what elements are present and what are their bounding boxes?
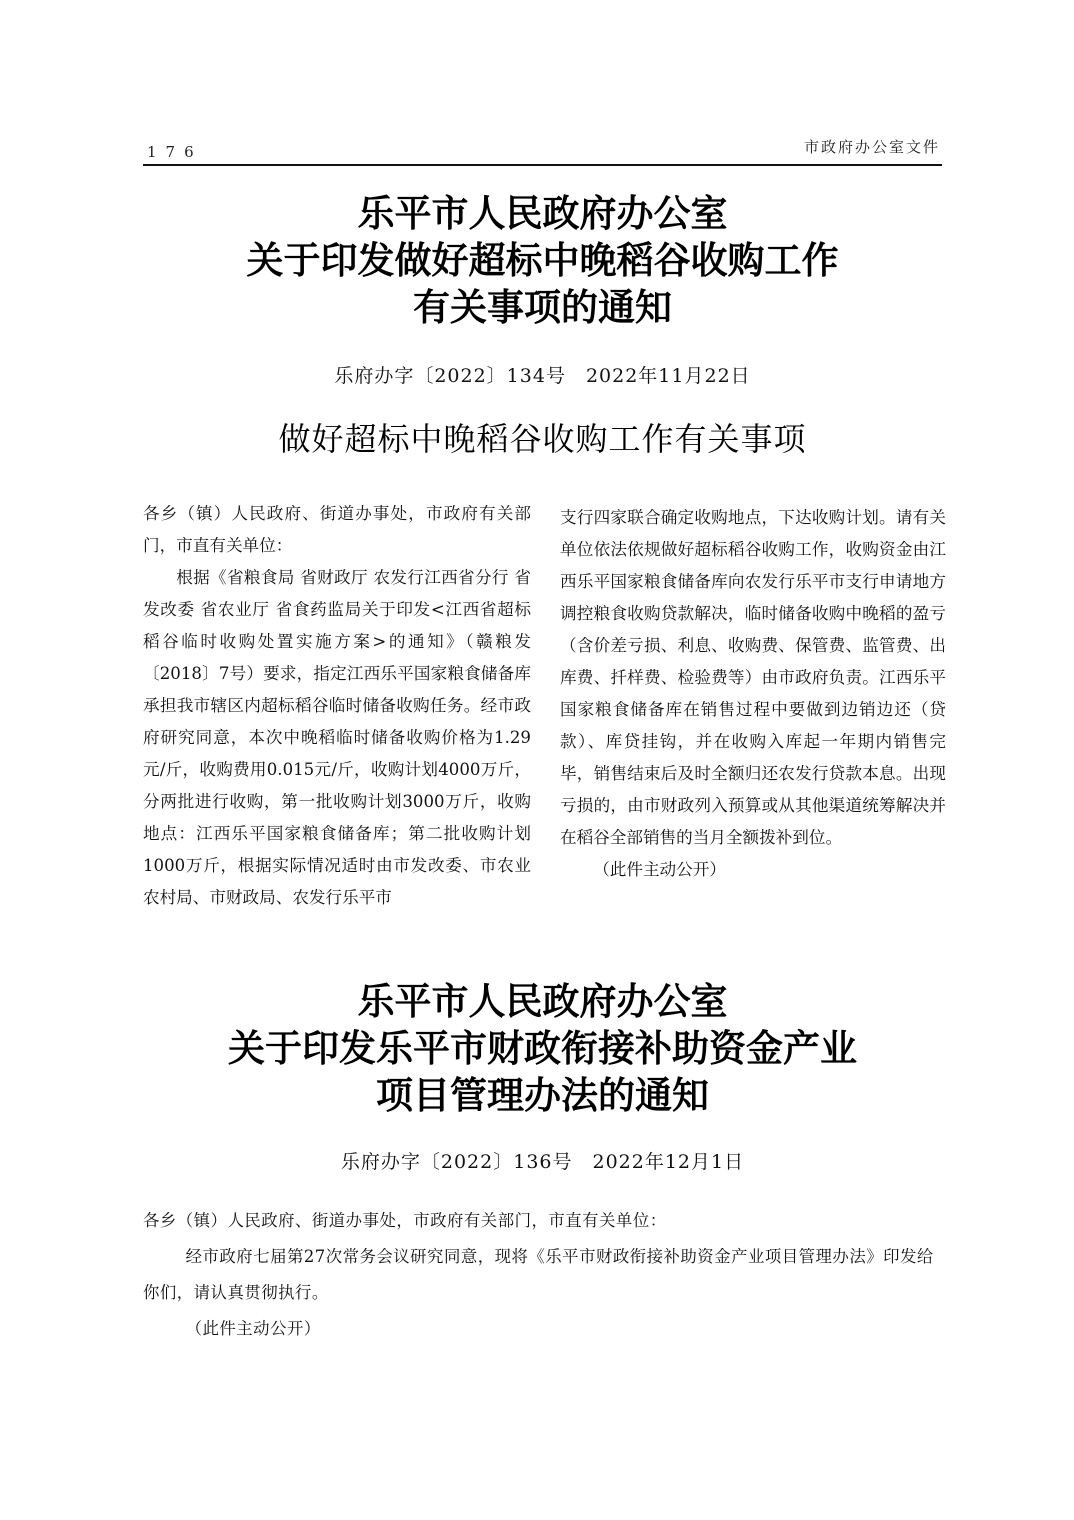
doc1-doc-number: 乐府办字〔2022〕134号 2022年11月22日 — [143, 361, 942, 388]
doc1-body-paragraph: 根据《省粮食局 省财政厅 农发行江西省分行 省发改委 省农业厅 省食药监局关于印… — [143, 562, 531, 914]
doc2-title-line-2: 关于印发乐平市财政衔接补助资金产业 — [143, 1025, 942, 1072]
doc1-title-line-1: 乐平市人民政府办公室 — [143, 190, 942, 237]
doc2-title: 乐平市人民政府办公室 关于印发乐平市财政衔接补助资金产业 项目管理办法的通知 — [143, 978, 942, 1119]
doc1-public-notice: （此件主动公开） — [560, 854, 946, 886]
doc1-title: 乐平市人民政府办公室 关于印发做好超标中晚稻谷收购工作 有关事项的通知 — [143, 190, 942, 331]
doc2-body: 各乡（镇）人民政府、街道办事处，市政府有关部门，市直有关单位： 经市政府七届第2… — [143, 1203, 943, 1347]
doc2-body-paragraph: 经市政府七届第27次常务会议研究同意，现将《乐平市财政衔接补助资金产业项目管理办… — [143, 1239, 943, 1311]
doc1-body-continued: 支行四家联合确定收购地点，下达收购计划。请有关单位依法依规做好超标稻谷收购工作，… — [560, 502, 946, 854]
doc2-salutation: 各乡（镇）人民政府、街道办事处，市政府有关部门，市直有关单位： — [143, 1203, 943, 1239]
doc1-title-line-2: 关于印发做好超标中晚稻谷收购工作 — [143, 237, 942, 284]
doc2-title-line-3: 项目管理办法的通知 — [143, 1072, 942, 1119]
doc1-subtitle: 做好超标中晚稻谷收购工作有关事项 — [143, 414, 942, 460]
doc2-title-line-1: 乐平市人民政府办公室 — [143, 978, 942, 1025]
page-number: 176 — [147, 143, 203, 161]
doc2-public-notice: （此件主动公开） — [143, 1311, 943, 1347]
header-rule — [143, 164, 942, 166]
doc1-left-column: 各乡（镇）人民政府、街道办事处，市政府有关部门，市直有关单位： 根据《省粮食局 … — [143, 498, 531, 914]
doc2-doc-number: 乐府办字〔2022〕136号 2022年12月1日 — [143, 1147, 942, 1174]
doc1-right-column: 支行四家联合确定收购地点，下达收购计划。请有关单位依法依规做好超标稻谷收购工作，… — [560, 502, 946, 886]
doc1-title-line-3: 有关事项的通知 — [143, 284, 942, 331]
running-header: 市政府办公室文件 — [804, 136, 940, 157]
doc1-salutation: 各乡（镇）人民政府、街道办事处，市政府有关部门，市直有关单位： — [143, 498, 531, 562]
